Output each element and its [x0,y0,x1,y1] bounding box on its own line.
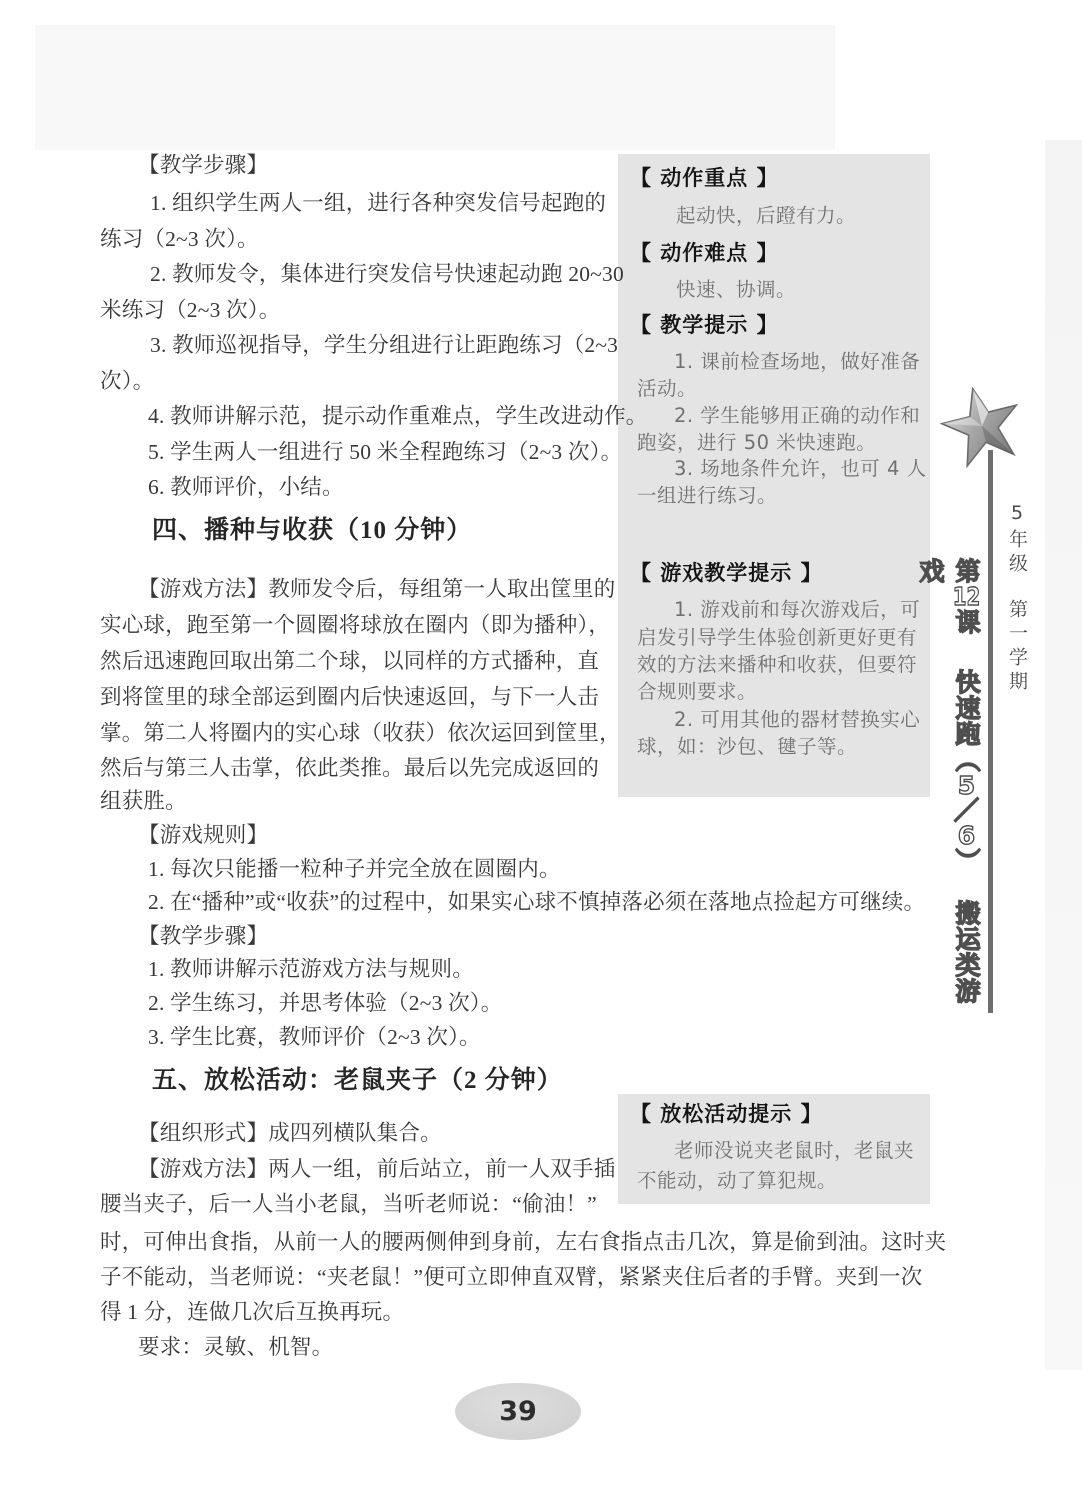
main-text-line: 【教学步骤】 [138,150,268,180]
term-label: 第一学期 [1006,599,1028,695]
chapter-tab-vertical-title: 第12课快速跑（5／6）搬运类游戏 [938,558,984,1028]
scan-edge-shading-right [1045,140,1082,1370]
sidebar-text-line: 2. 可用其他的器材替换实心 [674,707,920,732]
chapter-tab-segment: 课 [952,609,981,635]
main-text-line: 1. 每次只能播一粒种子并完全放在圆圈内。 [148,854,561,884]
main-text-line: 次）。 [100,366,154,396]
sidebar-text-line: 【 放松活动提示 】 [630,1101,823,1127]
main-text-line: 子不能动，当老师说：“夹老鼠！”便可立即伸直双臂，紧紧夹住后者的手臂。夹到一次 [100,1262,922,1292]
main-text-line: 四、播种与收获（10 分钟） [152,514,472,548]
sidebar-text-line: 【 动作重点 】 [630,165,779,191]
grade-label: 5年级 [1006,502,1028,577]
main-text-line: 练习（2~3 次）。 [100,224,259,254]
sidebar-text-line: 效的方法来播种和收获，但要符 [637,652,917,677]
main-text-line: 组获胜。 [100,786,187,816]
sidebar-text-line: 2. 学生能够用正确的动作和 [674,403,920,428]
main-text-line: 五、放松活动：老鼠夹子（2 分钟） [152,1064,563,1098]
sidebar-text-line: 【 教学提示 】 [630,312,779,338]
main-text-line: 【游戏规则】 [138,820,268,850]
main-text-line: 【游戏方法】教师发令后，每组第一人取出筐里的 [138,574,615,604]
chapter-tab-segment: ／ [952,798,981,823]
main-text-line: 然后迅速跑回取出第二个球，以同样的方式播种，直 [100,646,599,676]
sidebar-text-line: 1. 游戏前和每次游戏后，可 [674,597,920,622]
main-text-line: 2. 学生练习，并思考体验（2~3 次）。 [148,988,502,1018]
sidebar-text-line: 启发引导学生体验创新更好更有 [637,625,917,650]
sidebar-text-line: 【 动作难点 】 [630,240,779,266]
main-text-line: 4. 教师讲解示范，提示动作重难点，学生改进动作。 [148,401,648,431]
sidebar-text-line: 跑姿，进行 50 米快速跑。 [637,430,876,455]
main-text-line: 【组织形式】成四列横队集合。 [138,1118,442,1148]
main-text-line: 【游戏方法】两人一组，前后站立，前一人双手插 [138,1154,615,1184]
main-text-line: 5. 学生两人一组进行 50 米全程跑练习（2~3 次）。 [148,437,622,467]
main-text-line: 【教学步骤】 [138,921,268,951]
sidebar-text-line: 不能动，动了算犯规。 [637,1168,837,1193]
scan-edge-shading-top [35,25,835,150]
main-text-line: 6. 教师评价，小结。 [148,472,344,502]
main-text-line: 3. 教师巡视指导，学生分组进行让距跑练习（2~3 [150,330,618,360]
sidebar-text-line: 合规则要求。 [637,679,757,704]
sidebar-text-line: 球，如：沙包、毽子等。 [637,734,857,759]
sidebar-text-line: 【 游戏教学提示 】 [630,560,823,586]
main-text-line: 2. 教师发令，集体进行突发信号快速起动跑 20~30 [150,259,624,289]
chapter-tab-segment: 第 [952,558,981,584]
main-text-line: 到将筐里的球全部运到圈内后快速返回，与下一人击 [100,682,599,712]
main-text-line: 2. 在“播种”或“收获”的过程中，如果实心球不慎掉落必须在落地点捡起方可继续。 [148,887,925,917]
star-icon [934,378,1031,475]
sidebar-text-line: 活动。 [637,376,697,401]
chapter-tab-segment: 12 [952,584,981,609]
chapter-tab-segment: 5 [952,773,981,798]
main-text-line: 腰当夹子，后一人当小老鼠，当听老师说：“偷油！” [100,1189,597,1219]
margin-divider-line [988,450,993,1013]
grade-term-vertical-label: 5年级第一学期 [1001,502,1031,702]
chapter-tab-segment: 6 [952,823,981,848]
sidebar-text-line: 起动快，后蹬有力。 [676,203,856,228]
textbook-page: 第12课快速跑（5／6）搬运类游戏 5年级第一学期 39 【教学步骤】1. 组织… [0,0,1082,1508]
chapter-tab-segment: 快速跑（ [952,669,981,773]
chapter-tab-segment: ） [952,848,981,874]
main-text-line: 然后与第三人击掌，依此类推。最后以先完成返回的 [100,753,599,783]
main-text-line: 米练习（2~3 次）。 [100,295,280,325]
sidebar-text-line: 1. 课前检查场地，做好准备 [674,349,920,374]
main-text-line: 时，可伸出食指，从前一人的腰两侧伸到身前，左右食指点击几次，算是偷到油。这时夹 [100,1227,946,1257]
main-text-line: 1. 组织学生两人一组，进行各种突发信号起跑的 [150,188,606,218]
main-text-line: 得 1 分，连做几次后互换再玩。 [100,1297,404,1327]
page-number: 39 [499,1396,537,1427]
sidebar-text-line: 快速、协调。 [676,277,796,302]
sidebar-text-line: 3. 场地条件允许，也可 4 人 [674,456,927,481]
main-text-line: 实心球，跑至第一个圆圈将球放在圈内（即为播种）， [100,610,610,640]
sidebar-text-line: 一组进行练习。 [637,483,777,508]
main-text-line: 掌。第二人将圈内的实心球（收获）依次运回到筐里， [100,718,621,748]
sidebar-text-line: 老师没说夹老鼠时，老鼠夹 [674,1138,914,1163]
main-text-line: 1. 教师讲解示范游戏方法与规则。 [148,954,474,984]
main-text-line: 3. 学生比赛，教师评价（2~3 次）。 [148,1022,481,1052]
main-text-line: 要求：灵敏、机智。 [138,1332,333,1362]
page-number-badge: 39 [455,1383,581,1440]
